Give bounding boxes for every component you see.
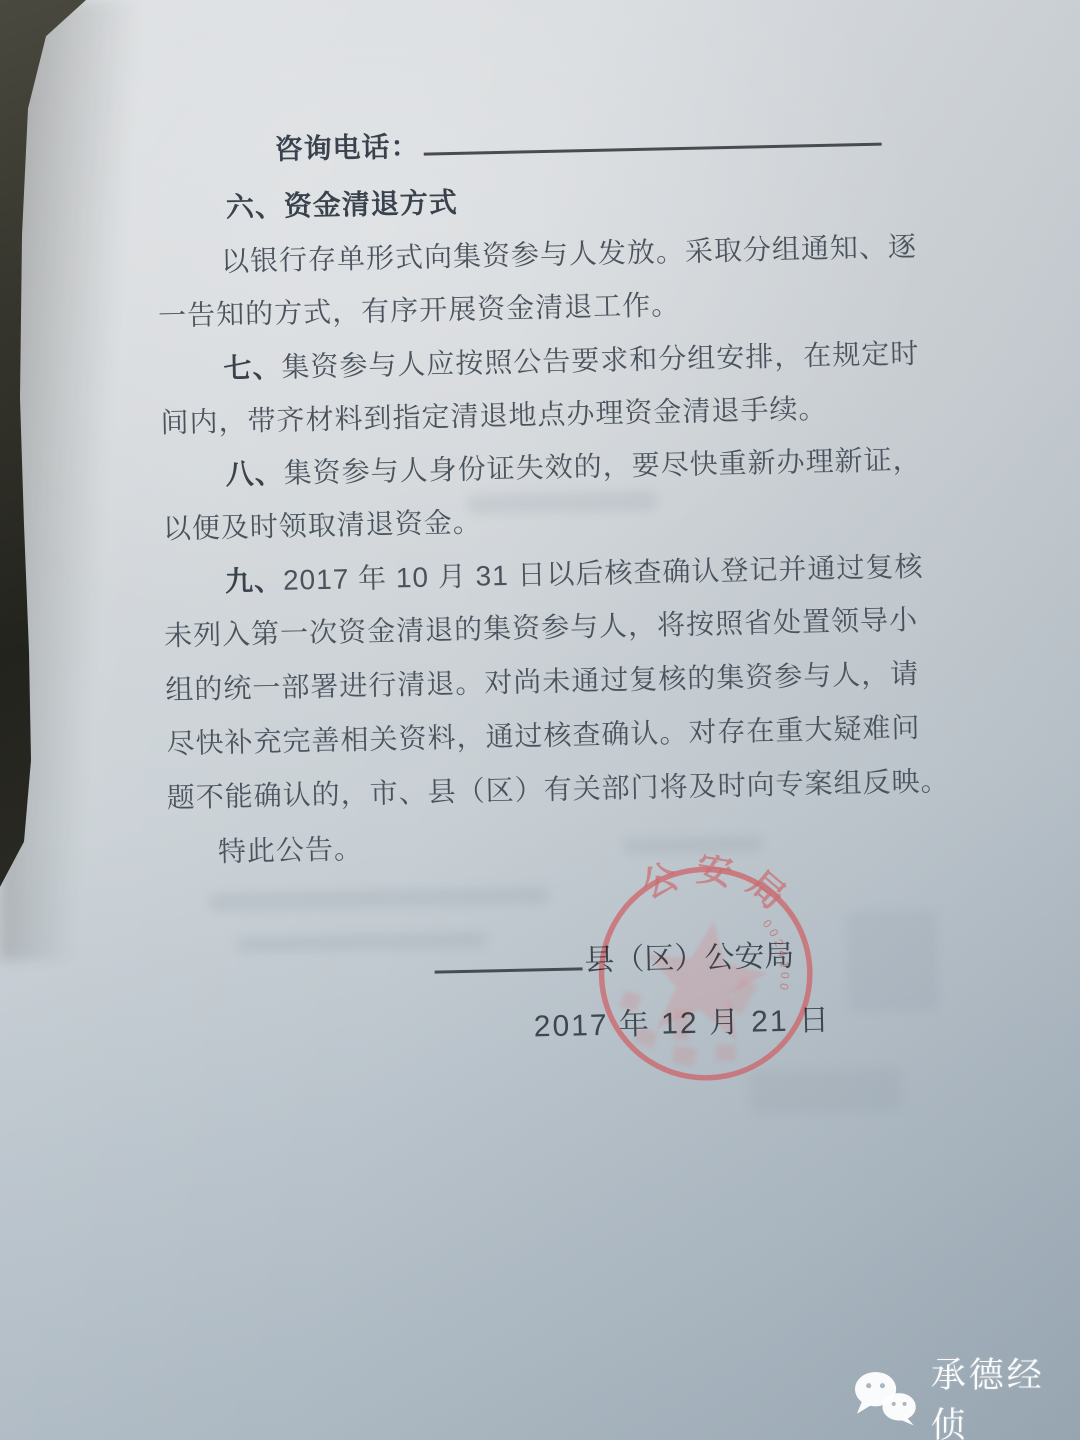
seal-star-icon bbox=[637, 912, 774, 1044]
document-line: 九、2017 年 10 月 31 日以后核查确认登记并通过复核 bbox=[225, 550, 924, 599]
printed-content: 咨询电话： 六、资金清退方式 以银行存单形式向集资参与人发放。采取分组通知、逐 … bbox=[0, 0, 1080, 1440]
document-photo: 咨询电话： 六、资金清退方式 以银行存单形式向集资参与人发放。采取分组通知、逐 … bbox=[0, 0, 1080, 1440]
document-line: 未列入第一次资金清退的集资参与人，将按照省处置领导小 bbox=[164, 603, 919, 653]
document-line: 八、集资参与人身份证失效的，要尽快重新办理新证， bbox=[225, 443, 922, 492]
official-seal: 公安局 0024100 bbox=[570, 838, 841, 1109]
document-line: 题不能确认的，市、县（区）有关部门将及时向专案组反映。 bbox=[166, 764, 950, 815]
consult-phone-line: 咨询电话： bbox=[274, 115, 882, 167]
phone-blank-line bbox=[423, 115, 882, 156]
section-six-heading: 六、资金清退方式 bbox=[226, 186, 459, 225]
watermark-text: 承德经侦 bbox=[931, 1348, 1080, 1440]
seal-arc-text: 公安局 bbox=[631, 839, 809, 929]
document-line: 以银行存单形式向集资参与人发放。采取分组通知、逐 bbox=[221, 230, 918, 279]
wechat-icon bbox=[852, 1369, 921, 1427]
watermark: 承德经侦 bbox=[852, 1348, 1080, 1440]
seal-serial: 0024100 bbox=[750, 915, 801, 995]
document-line: 尽快补充完善相关资料，通过核查确认。对存在重大疑难问 bbox=[166, 711, 921, 761]
closing-line: 特此公告。 bbox=[218, 832, 364, 869]
signature-blank-line bbox=[434, 937, 583, 973]
ink-bleed-smudge bbox=[467, 491, 657, 515]
document-line: 七、集资参与人应按照公告要求和分组安排，在规定时 bbox=[223, 337, 920, 386]
document-line: 间内，带齐材料到指定清退地点办理资金清退手续。 bbox=[160, 392, 828, 441]
ink-bleed-smudge bbox=[209, 886, 549, 911]
document-line: 一告知的方式，有序开展资金清退工作。 bbox=[158, 288, 681, 333]
consult-phone-label: 咨询电话： bbox=[274, 131, 420, 165]
document-line: 以便及时领取清退资金。 bbox=[163, 505, 483, 546]
document-line: 组的统一部署进行清退。对尚未通过复核的集资参与人，请 bbox=[165, 657, 920, 707]
ink-bleed-smudge bbox=[846, 910, 938, 1012]
